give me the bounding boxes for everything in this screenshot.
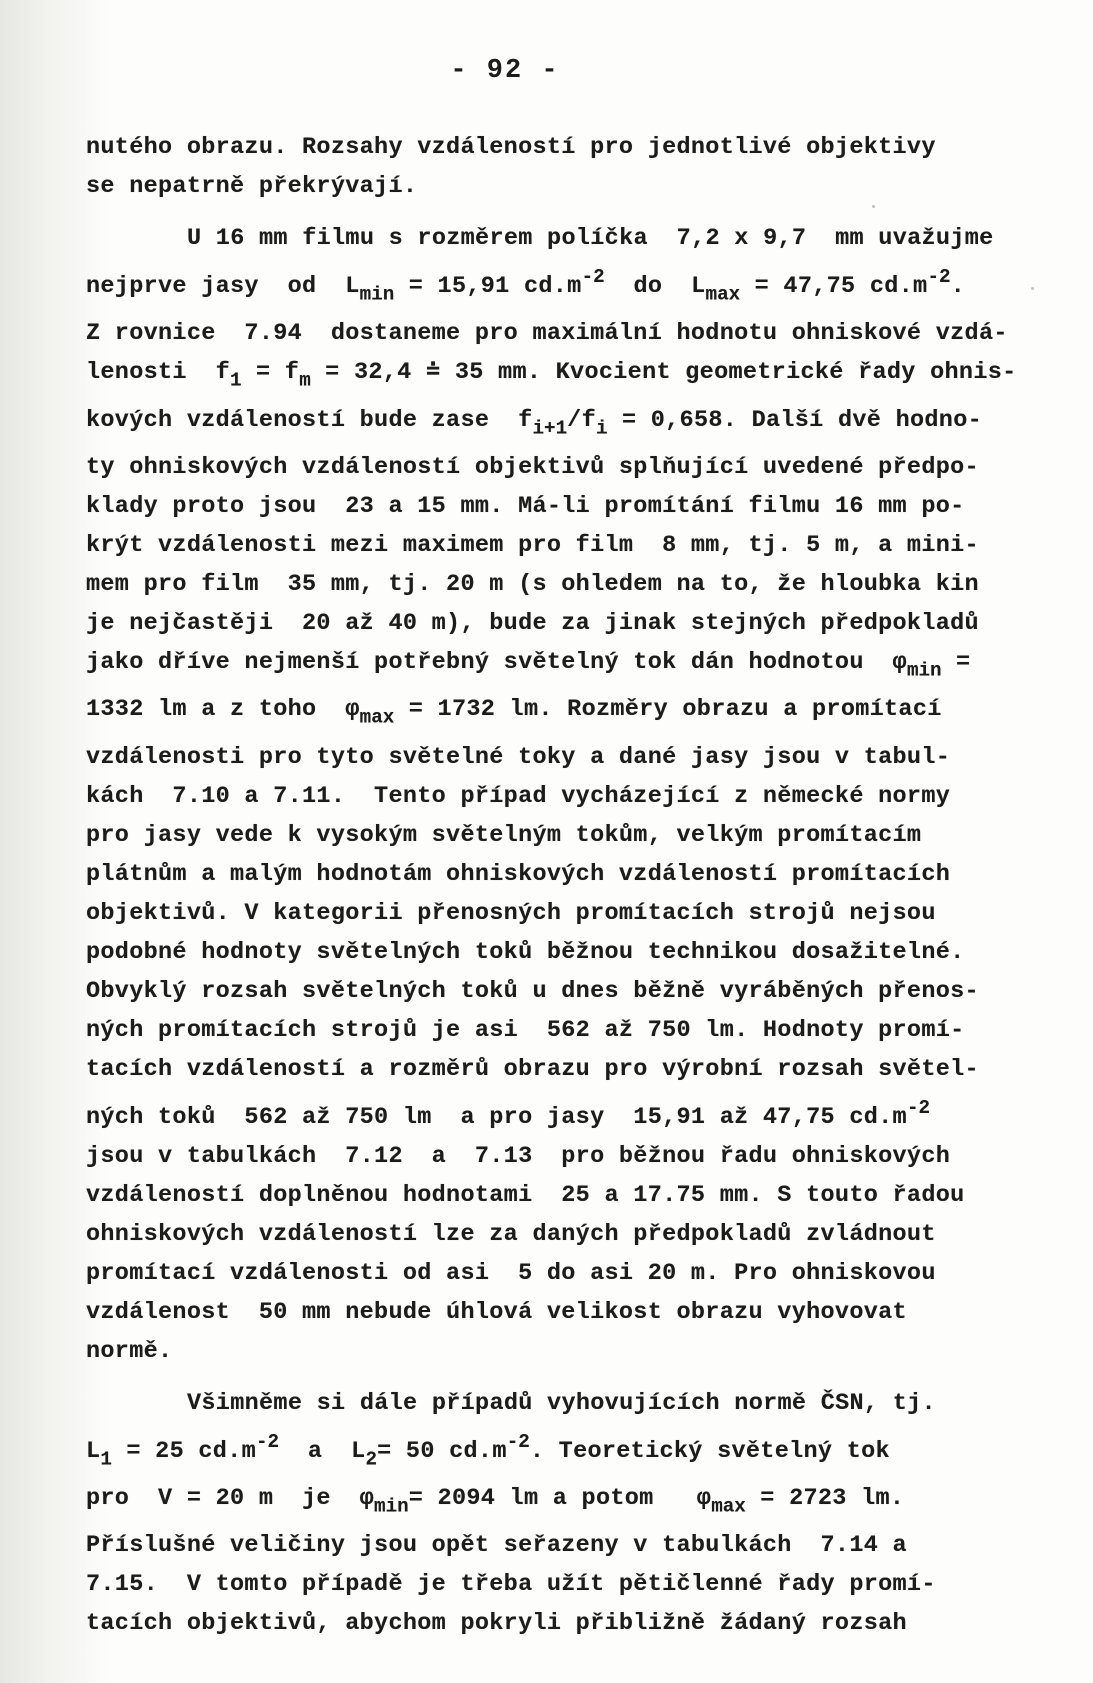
text-line: je nejčastěji 20 až 40 m), bude za jinak… — [86, 604, 1046, 643]
subscript: min — [907, 659, 942, 681]
text-line: kách 7.10 a 7.11. Tento případ vycházejí… — [86, 777, 1046, 816]
subscript: max — [711, 1495, 746, 1517]
text-line: krýt vzdálenosti mezi maximem pro film 8… — [86, 526, 1046, 565]
paragraph: Všimněme si dále případů vyhovujících no… — [86, 1384, 1046, 1644]
subscript: 2 — [366, 1448, 378, 1470]
superscript: -2 — [927, 266, 950, 288]
page-number: - 92 - — [0, 56, 1010, 86]
page-text-block: nutého obrazu. Rozsahy vzdáleností pro j… — [86, 128, 1046, 1643]
text-line: normě. — [86, 1332, 1046, 1371]
text-line: pro jasy vede k vysokým světelným tokům,… — [86, 816, 1046, 855]
subscript: min — [360, 283, 395, 305]
superscript: -2 — [907, 1097, 930, 1119]
text-line: klady proto jsou 23 a 15 mm. Má-li promí… — [86, 487, 1046, 526]
text-line: nutého obrazu. Rozsahy vzdáleností pro j… — [86, 128, 1046, 167]
text-line: plátnům a malým hodnotám ohniskových vzd… — [86, 855, 1046, 894]
text-line: Všimněme si dále případů vyhovujících no… — [86, 1384, 1046, 1423]
text-line: vzdálenost 50 mm nebude úhlová velikost … — [86, 1293, 1046, 1332]
text-line: ty ohniskových vzdáleností objektivů spl… — [86, 448, 1046, 487]
text-line: Z rovnice 7.94 dostaneme pro maximální h… — [86, 314, 1046, 353]
text-line: pro V = 20 m je φmin= 2094 lm a potom φm… — [86, 1479, 1046, 1526]
text-line: L1 = 25 cd.m-2 a L2= 50 cd.m-2. Teoretic… — [86, 1423, 1046, 1479]
text-line: vzdáleností doplněnou hodnotami 25 a 17.… — [86, 1176, 1046, 1215]
subscript: m — [299, 370, 311, 392]
text-line: Příslušné veličiny jsou opět seřazeny v … — [86, 1526, 1046, 1565]
text-line: kových vzdáleností bude zase fi+1/fi = 0… — [86, 401, 1046, 448]
superscript: -2 — [256, 1431, 279, 1453]
text-line: ných toků 562 až 750 lm a pro jasy 15,91… — [86, 1089, 1046, 1137]
text-line: lenosti f1 = fm = 32,4 ≐ 35 mm. Kvocient… — [86, 353, 1046, 400]
subscript: max — [706, 283, 741, 305]
text-line: mem pro film 35 mm, tj. 20 m (s ohledem … — [86, 565, 1046, 604]
text-line: Obvyklý rozsah světelných toků u dnes bě… — [86, 972, 1046, 1011]
text-line: promítací vzdálenosti od asi 5 do asi 20… — [86, 1254, 1046, 1293]
text-line: ných promítacích strojů je asi 562 až 75… — [86, 1011, 1046, 1050]
text-line: 7.15. V tomto případě je třeba užít pěti… — [86, 1565, 1046, 1604]
subscript: i+1 — [532, 417, 567, 439]
text-line: ohniskových vzdáleností lze za daných př… — [86, 1215, 1046, 1254]
subscript: min — [374, 1495, 409, 1517]
subscript: 1 — [100, 1448, 112, 1470]
subscript: i — [596, 417, 608, 439]
scanned-document-page: - 92 - nutého obrazu. Rozsahy vzdálenost… — [0, 0, 1093, 1683]
text-line: jako dříve nejmenší potřebný světelný to… — [86, 643, 1046, 690]
text-line: nejprve jasy od Lmin = 15,91 cd.m-2 do L… — [86, 258, 1046, 314]
subscript: 1 — [230, 370, 242, 392]
text-line: tacích vzdáleností a rozměrů obrazu pro … — [86, 1050, 1046, 1089]
text-line: vzdálenosti pro tyto světelné toky a dan… — [86, 738, 1046, 777]
text-line: se nepatrně překrývají. — [86, 167, 1046, 206]
text-line: objektivů. V kategorii přenosných promít… — [86, 894, 1046, 933]
text-line: 1332 lm a z toho φmax = 1732 lm. Rozměry… — [86, 690, 1046, 737]
superscript: -2 — [582, 266, 605, 288]
text-line: podobné hodnoty světelných toků běžnou t… — [86, 933, 1046, 972]
paragraph: U 16 mm filmu s rozměrem políčka 7,2 x 9… — [86, 219, 1046, 1371]
text-line: jsou v tabulkách 7.12 a 7.13 pro běžnou … — [86, 1137, 1046, 1176]
text-line: U 16 mm filmu s rozměrem políčka 7,2 x 9… — [86, 219, 1046, 258]
text-line: tacích objektivů, abychom pokryli přibli… — [86, 1604, 1046, 1643]
superscript: -2 — [507, 1431, 530, 1453]
paragraph: nutého obrazu. Rozsahy vzdáleností pro j… — [86, 128, 1046, 206]
subscript: max — [360, 707, 395, 729]
